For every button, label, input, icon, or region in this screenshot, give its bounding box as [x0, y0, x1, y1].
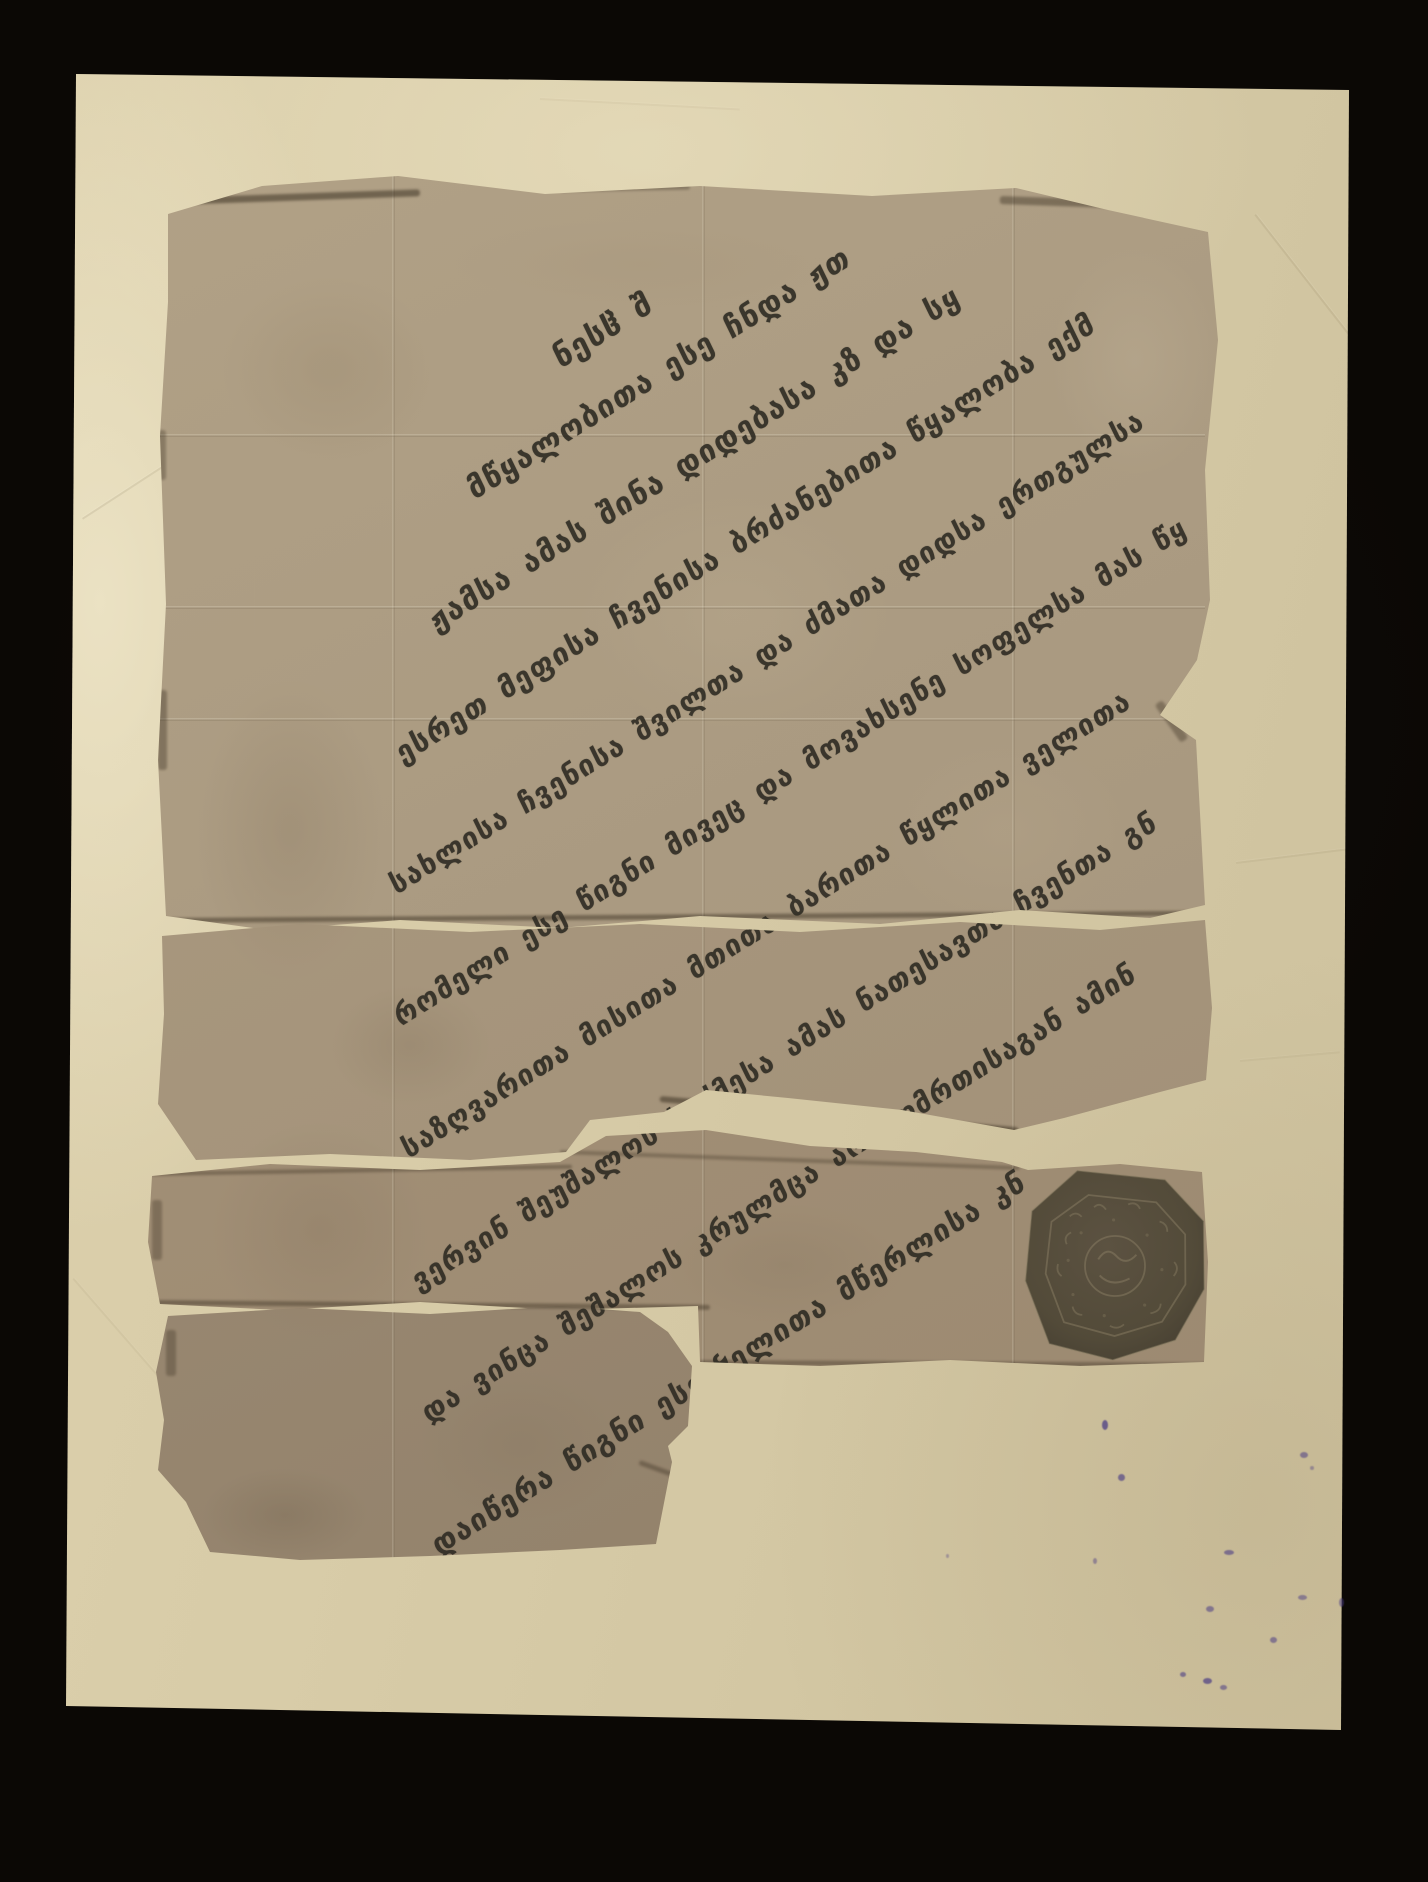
backing-fold-crease	[1240, 1051, 1340, 1062]
purple-ink-speck	[1203, 1678, 1212, 1684]
purple-ink-speck	[1270, 1637, 1277, 1643]
purple-ink-speck	[1118, 1474, 1125, 1481]
purple-ink-speck	[946, 1554, 949, 1558]
purple-ink-speck	[1224, 1550, 1234, 1555]
tear-shadow	[166, 1330, 176, 1376]
purple-ink-speck	[1093, 1558, 1097, 1564]
purple-ink-speck	[1300, 1452, 1308, 1458]
tear-shadow	[152, 1200, 162, 1260]
purple-ink-speck	[1220, 1685, 1227, 1690]
script-line: ესრეთ მეფისა ჩვენისა ბრძანებითა წყალობა …	[391, 305, 1101, 770]
purple-ink-speck	[1339, 1598, 1344, 1607]
backing-fold-crease	[1254, 214, 1349, 335]
purple-ink-speck	[1298, 1595, 1307, 1600]
fold-crease-horizontal	[160, 434, 1205, 437]
purple-ink-speck	[1206, 1606, 1214, 1612]
backing-fold-crease	[540, 98, 740, 110]
wax-seal-stamp	[1019, 1165, 1212, 1367]
paper-stain	[180, 240, 480, 500]
backing-fold-crease	[1236, 848, 1347, 864]
purple-ink-speck	[1310, 1466, 1314, 1470]
purple-ink-speck	[1180, 1672, 1186, 1677]
purple-ink-speck	[1102, 1420, 1108, 1430]
photograph-black-background: ნესჱ შმწყალობითა ესე ჩნდა ჟთჟამსა ამას შ…	[0, 0, 1428, 1882]
